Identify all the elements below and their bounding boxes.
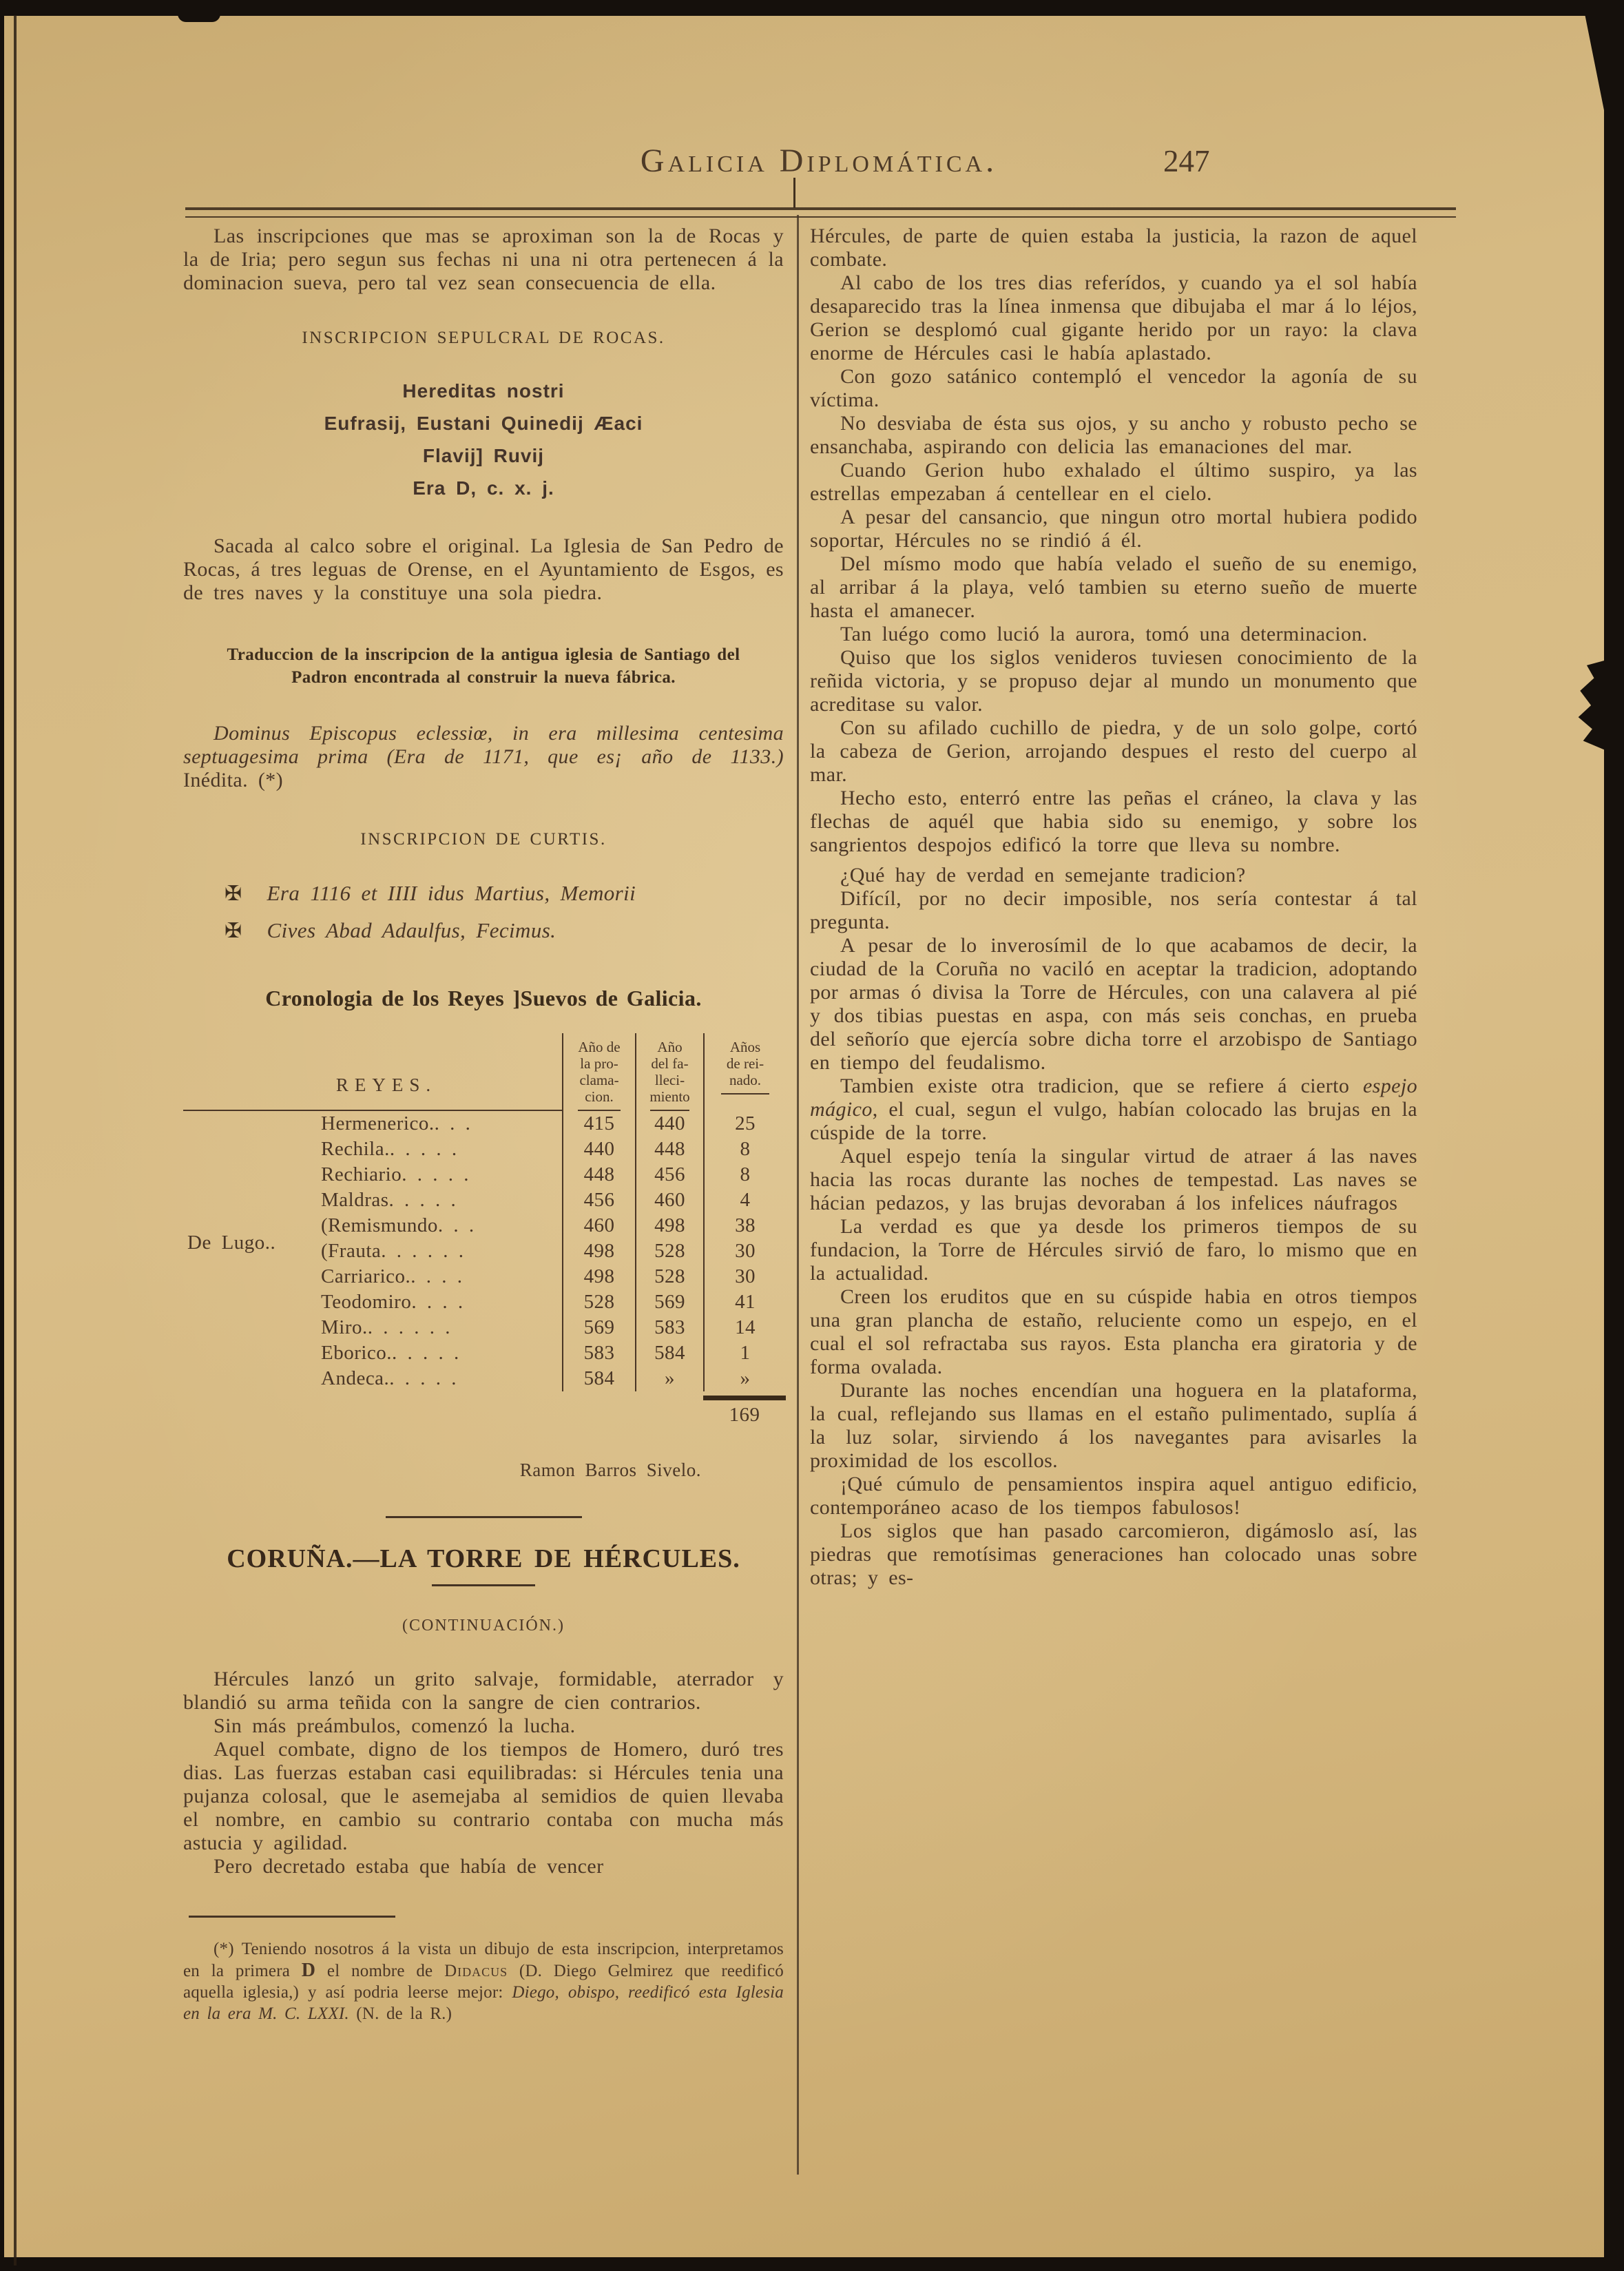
paragraph: Del mísmo modo que había velado el sueño… xyxy=(810,552,1417,623)
table-header: REYES. Año de la pro- clama- cion. Año d… xyxy=(183,1033,786,1111)
paragraph: Hércules lanzó un grito salvaje, formida… xyxy=(183,1668,784,1714)
footnote-initial-d: D xyxy=(302,1960,315,1981)
year-fallecimiento: 460 xyxy=(635,1188,703,1213)
table-row: Carriarico.. . . .49852830 xyxy=(183,1264,786,1289)
scan-border-notch xyxy=(178,7,220,22)
year-proclamacion: 460 xyxy=(562,1213,635,1238)
footnote-text: (N. de la R.) xyxy=(349,2004,452,2023)
section-heading-inscripcion-sepulcral: INSCRIPCION SEPULCRAL DE ROCAS. xyxy=(183,326,784,350)
years-reinado: 4 xyxy=(703,1188,786,1213)
year-fallecimiento: 569 xyxy=(635,1289,703,1315)
curtis-line: ✠Era 1116 et IIII idus Martius, Memorii xyxy=(183,875,784,912)
latin-tail: Inédita. (*) xyxy=(183,769,283,791)
paragraph: Pero decretado estaba que había de vence… xyxy=(183,1855,784,1878)
curtis-text: Cives Abad Adaulfus, Fecimus. xyxy=(267,918,556,942)
king-name: Miro.. . . . . . xyxy=(183,1315,562,1340)
year-fallecimiento: 528 xyxy=(635,1238,703,1264)
paragraph: Sin más preámbulos, comenzó la lucha. xyxy=(183,1714,784,1738)
year-fallecimiento: 583 xyxy=(635,1315,703,1340)
section-divider-rule xyxy=(386,1516,582,1518)
column-header-fallecimiento: Año del fa- lleci- miento xyxy=(635,1033,703,1111)
paragraph: Cuando Gerion hubo exhalado el último su… xyxy=(810,459,1417,506)
paragraph: Al cabo de los tres dias referídos, y cu… xyxy=(810,271,1417,365)
inscription-line: Flavij] Ruvij xyxy=(183,439,784,472)
paragraph: A pesar de lo inverosímil de lo que acab… xyxy=(810,934,1417,1075)
footnote-didacus: Didacus xyxy=(444,1962,508,1980)
paragraph: No desviaba de ésta sus ojos, y su ancho… xyxy=(810,412,1417,459)
section-heading-cronologia: Cronologia de los Reyes ]Suevos de Galic… xyxy=(183,986,784,1010)
group-label-de-lugo: De Lugo.. xyxy=(187,1231,275,1254)
left-column: Las inscripciones que mas se aproximan s… xyxy=(183,214,784,2024)
year-proclamacion: 528 xyxy=(562,1289,635,1315)
paragraph: Hércules, de parte de quien estaba la ju… xyxy=(810,225,1417,271)
year-fallecimiento: 584 xyxy=(635,1340,703,1366)
table-row: Rechila.. . . . .4404488 xyxy=(183,1137,786,1162)
paragraph: Los siglos que han pasado carcomieron, d… xyxy=(810,1520,1417,1590)
year-fallecimiento: 498 xyxy=(635,1213,703,1238)
year-proclamacion: 440 xyxy=(562,1137,635,1162)
paragraph: La verdad es que ya desde los primeros t… xyxy=(810,1215,1417,1285)
king-name: Maldras. . . . . xyxy=(183,1188,562,1213)
scan-border-right-blob xyxy=(1576,660,1607,751)
year-proclamacion: 569 xyxy=(562,1315,635,1340)
curtis-line: ✠Cives Abad Adaulfus, Fecimus. xyxy=(183,912,784,949)
scan-border-top xyxy=(4,7,1620,16)
king-name: Eborico.. . . . . xyxy=(183,1340,562,1366)
footnote-text: el nombre de xyxy=(315,1962,444,1980)
maltese-cross-icon: ✠ xyxy=(225,882,267,905)
article-title-coruna: CORUÑA.—LA TORRE DE HÉRCULES. xyxy=(183,1547,784,1570)
king-name: Rechila.. . . . . xyxy=(183,1137,562,1162)
paragraph: Quiso que los siglos venideros tuviesen … xyxy=(810,646,1417,716)
header-underline xyxy=(721,1093,770,1095)
paragraph: A pesar del cansancio, que ningun otro m… xyxy=(810,506,1417,552)
years-reinado: 41 xyxy=(703,1289,786,1315)
years-reinado: 38 xyxy=(703,1213,786,1238)
year-fallecimiento: 528 xyxy=(635,1264,703,1289)
years-reinado: » xyxy=(703,1366,786,1391)
table-row: Eborico.. . . . .5835841 xyxy=(183,1340,786,1366)
footnote: (*) Teniendo nosotros á la vista un dibu… xyxy=(183,1938,784,2024)
table-total-row: 169 xyxy=(183,1391,786,1429)
curtis-inscription: ✠Era 1116 et IIII idus Martius, Memorii … xyxy=(183,875,784,949)
table-row: Miro.. . . . . .56958314 xyxy=(183,1315,786,1340)
total-rule xyxy=(703,1396,786,1400)
years-reinado: 25 xyxy=(703,1111,786,1137)
scan-border-right xyxy=(1604,7,1620,2265)
curtis-text: Era 1116 et IIII idus Martius, Memorii xyxy=(267,881,636,905)
footnote-rule xyxy=(189,1916,395,1918)
paragraph-text: Tambien existe otra tradicion, que se re… xyxy=(840,1075,1363,1097)
section-heading-inscripcion-curtis: INSCRIPCION DE CURTIS. xyxy=(183,828,784,851)
paragraph: Difícíl, por no decir imposible, nos ser… xyxy=(810,887,1417,934)
latin-text: Dominus Episcopus eclessiœ, in era mille… xyxy=(183,722,784,768)
year-proclamacion: 456 xyxy=(562,1188,635,1213)
column-header-reyes: REYES. xyxy=(183,1033,562,1111)
column-divider xyxy=(797,215,799,2175)
table-row: Rechiario. . . . .4484568 xyxy=(183,1162,786,1188)
column-divider-stub xyxy=(793,178,795,208)
paragraph: Las inscripciones que mas se aproximan s… xyxy=(183,225,784,295)
inscription-line: Hereditas nostri xyxy=(183,375,784,407)
year-fallecimiento: 456 xyxy=(635,1162,703,1188)
author-signature: Ramon Barros Sivelo. xyxy=(183,1458,784,1482)
paragraph: ¿Qué hay de verdad en semejante tradicio… xyxy=(810,864,1417,887)
column-header-text: Años de rei- nado. xyxy=(727,1039,764,1088)
total-years: 169 xyxy=(703,1400,786,1429)
years-reinado: 30 xyxy=(703,1264,786,1289)
table-row: Hermenerico.. . .41544025 xyxy=(183,1111,786,1137)
paragraph: ¡Qué cúmulo de pensamientos inspira aque… xyxy=(810,1473,1417,1520)
year-proclamacion: 415 xyxy=(562,1111,635,1137)
title-underline-rule xyxy=(432,1584,535,1586)
paragraph: Tan luégo como lució la aurora, tomó una… xyxy=(810,623,1417,646)
scanned-newspaper-page: Galicia Diplomática. 247 Las inscripcion… xyxy=(0,0,1624,2271)
paragraph: Con gozo satánico contempló el vencedor … xyxy=(810,365,1417,412)
years-reinado: 1 xyxy=(703,1340,786,1366)
table-row: Maldras. . . . .4564604 xyxy=(183,1188,786,1213)
years-reinado: 8 xyxy=(703,1137,786,1162)
paragraph: Sacada al calco sobre el original. La Ig… xyxy=(183,535,784,605)
year-fallecimiento: 448 xyxy=(635,1137,703,1162)
paragraph-latin: Dominus Episcopus eclessiœ, in era mille… xyxy=(183,722,784,792)
paragraph-espejo: Tambien existe otra tradicion, que se re… xyxy=(810,1075,1417,1145)
kings-table: REYES. Año de la pro- clama- cion. Año d… xyxy=(183,1033,786,1429)
king-name: Teodomiro. . . . xyxy=(183,1289,562,1315)
paragraph: Con su afilado cuchillo de piedra, y de … xyxy=(810,716,1417,787)
column-header-text: Año de la pro- clama- cion. xyxy=(578,1039,620,1105)
maltese-cross-icon: ✠ xyxy=(225,920,267,942)
paragraph: Hecho esto, enterró entre las peñas el c… xyxy=(810,787,1417,857)
inscription-line: Eufrasij, Eustani Quinedij Æaci xyxy=(183,407,784,439)
inscription-line: Era D, c. x. j. xyxy=(183,472,784,504)
table-row: Teodomiro. . . .52856941 xyxy=(183,1289,786,1315)
page-number: 247 xyxy=(1163,143,1210,179)
king-name: Hermenerico.. . . xyxy=(183,1111,562,1137)
years-reinado: 8 xyxy=(703,1162,786,1188)
paragraph: Aquel espejo tenía la singular virtud de… xyxy=(810,1145,1417,1215)
continuation-note: (CONTINUACIÓN.) xyxy=(183,1614,784,1637)
year-proclamacion: 583 xyxy=(562,1340,635,1366)
paragraph: Aquel combate, digno de los tiempos de H… xyxy=(183,1738,784,1855)
paragraph: Creen los eruditos que en su cúspide hab… xyxy=(810,1285,1417,1379)
scan-border-bottom xyxy=(4,2257,1620,2265)
king-name: Andeca.. . . . . xyxy=(183,1366,562,1391)
paragraph-text: , el cual, segun el vulgo, habían coloca… xyxy=(810,1098,1417,1144)
year-proclamacion: 498 xyxy=(562,1264,635,1289)
year-proclamacion: 448 xyxy=(562,1162,635,1188)
paper-sheet: Galicia Diplomática. 247 Las inscripcion… xyxy=(4,7,1620,2265)
paragraph: Durante las noches encendían una hoguera… xyxy=(810,1379,1417,1473)
publication-title: Galicia Diplomática. xyxy=(185,142,1453,180)
scan-border-right-wedge xyxy=(1583,7,1605,117)
right-column: Hércules, de parte de quien estaba la ju… xyxy=(810,214,1417,1590)
year-fallecimiento: 440 xyxy=(635,1111,703,1137)
section-heading-traduccion: Traduccion de la inscripcion de la antig… xyxy=(207,643,760,689)
year-proclamacion: 584 xyxy=(562,1366,635,1391)
column-header-reinado: Años de rei- nado. xyxy=(703,1033,786,1111)
years-reinado: 30 xyxy=(703,1238,786,1264)
column-header-proclamacion: Año de la pro- clama- cion. xyxy=(562,1033,635,1111)
years-reinado: 14 xyxy=(703,1315,786,1340)
year-fallecimiento: » xyxy=(635,1366,703,1391)
year-proclamacion: 498 xyxy=(562,1238,635,1264)
table-row: Andeca.. . . . .584»» xyxy=(183,1366,786,1391)
king-name: Rechiario. . . . . xyxy=(183,1162,562,1188)
king-name: Carriarico.. . . . xyxy=(183,1264,562,1289)
book-gutter-line xyxy=(14,15,17,2265)
masthead: Galicia Diplomática. 247 xyxy=(185,142,1453,190)
inscription-block: Hereditas nostri Eufrasij, Eustani Quine… xyxy=(183,375,784,504)
column-header-text: Año del fa- lleci- miento xyxy=(649,1039,689,1105)
